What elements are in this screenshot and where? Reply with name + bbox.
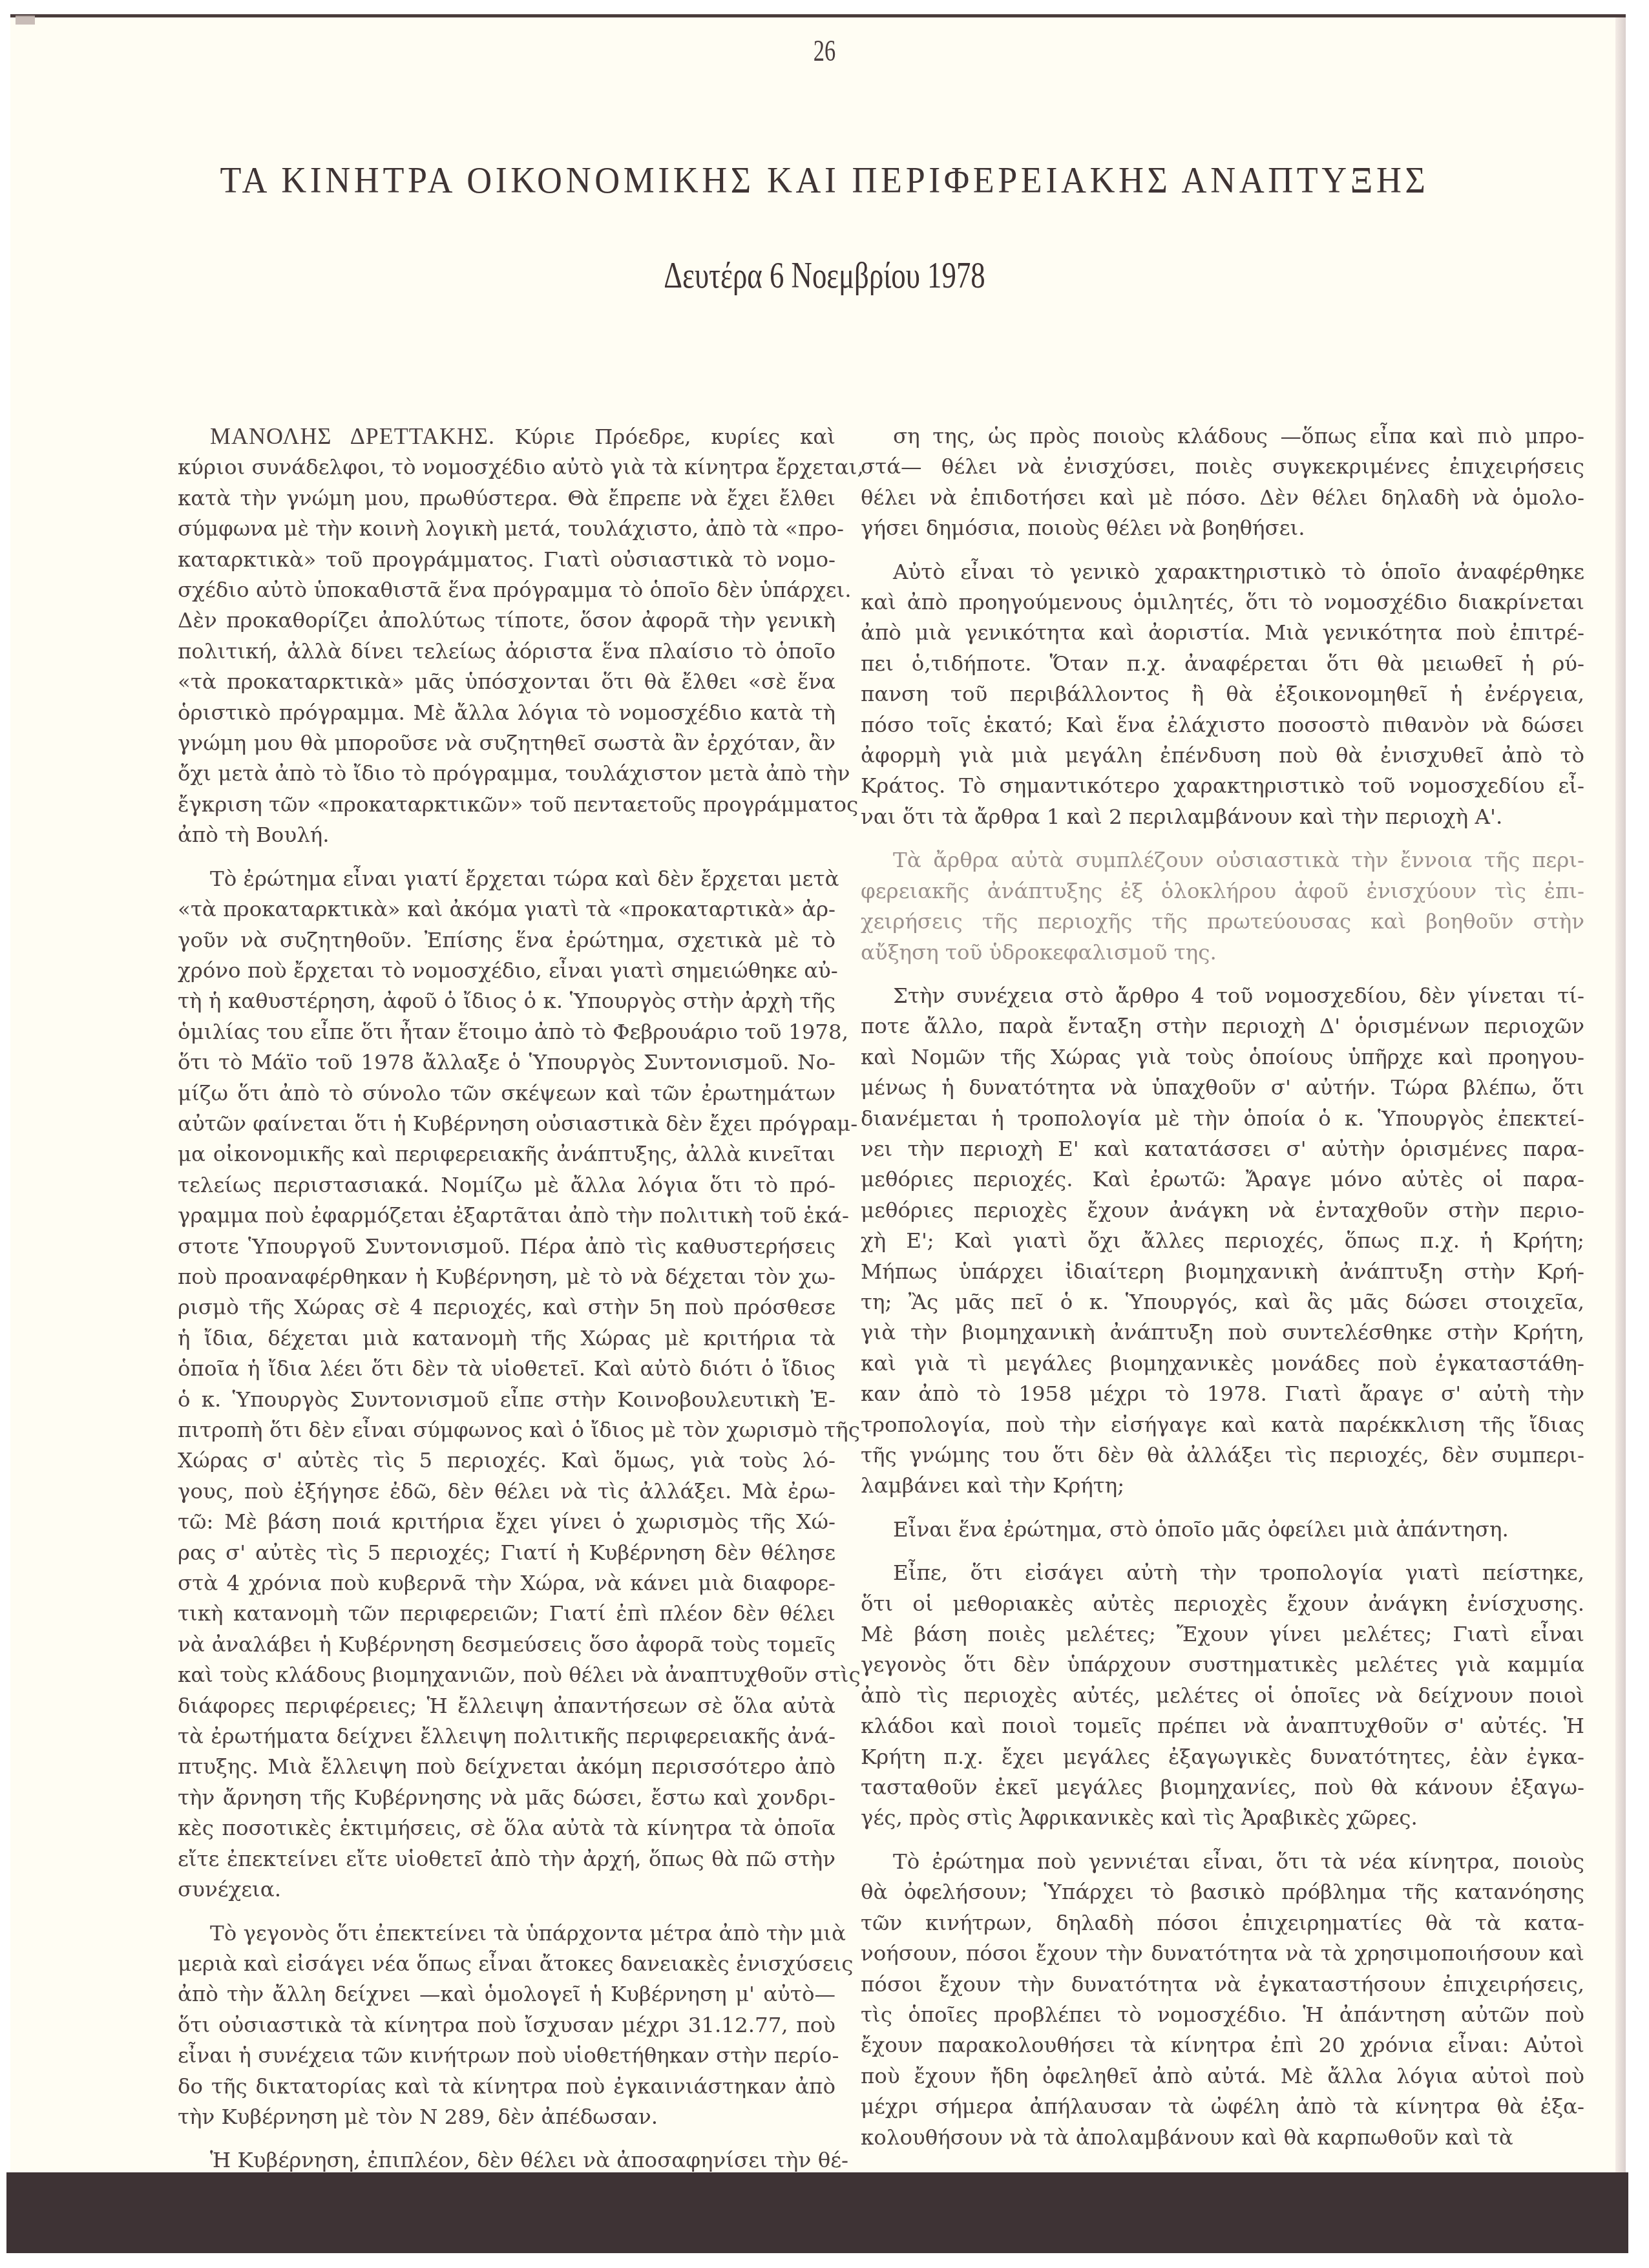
- text-line: ἀπὸ τὶς περιοχὲς αὐτές, μελέτες οἱ ὁποῖε…: [861, 1681, 1584, 1711]
- line-text: αὐτῶν φαίνεται ὅτι ἡ Κυβέρνηση οὐσιαστικ…: [178, 1111, 857, 1136]
- text-line: γεγονὸς ὅτι δὲν ὑπάρχουν συστηματικὲς με…: [861, 1650, 1584, 1680]
- text-line: ὁριστικὸ πρόγραμμα. Μὲ ἄλλα λόγια τὸ νομ…: [178, 698, 835, 728]
- line-text: τὴ ἡ καθυστέρηση, ἀφοῦ ὁ ἴδιος ὁ κ. Ὑπου…: [178, 989, 835, 1013]
- text-line: καὶ γιὰ τὶ μεγάλες βιομηχανικὲς μονάδες …: [861, 1349, 1584, 1379]
- line-text: μένως ἡ δυνατότητα νὰ ὑπαχθοῦν σ' αὐτήν.…: [861, 1075, 1584, 1100]
- paragraph-gap: [861, 1502, 1584, 1515]
- text-line: διάφορες περιφέρειες; Ἡ ἔλλειψη ἀπαντήσε…: [178, 1691, 835, 1721]
- text-line: τὴν ἄρνηση τῆς Κυβέρνησης νὰ μᾶς δώσει, …: [178, 1783, 835, 1813]
- line-text: κὲς ποσοτικὲς ἐκτιμήσεις, σὲ ὅλα αὐτὰ τὰ…: [178, 1816, 835, 1840]
- line-text: πιτροπὴ ὅτι δὲν εἶναι σύμφωνος καὶ ὁ ἴδι…: [178, 1418, 860, 1442]
- text-line: τη; Ἂς μᾶς πεῖ ὁ κ. Ὑπουργός, καὶ ἂς μᾶς…: [861, 1287, 1584, 1318]
- line-text: τροπολογία, ποὺ τὴν εἰσήγαγε καὶ κατὰ πα…: [861, 1412, 1584, 1437]
- line-text: γιὰ τὴν βιομηχανικὴ ἀνάπτυξη ποὺ συντελέ…: [861, 1320, 1584, 1345]
- line-text: ὁριστικὸ πρόγραμμα. Μὲ ἄλλα λόγια τὸ νομ…: [178, 700, 835, 725]
- text-line: συνέχεια.: [178, 1874, 835, 1905]
- line-text: τικὴ κατανομὴ τῶν περιφερειῶν; Γιατί ἐπὶ…: [178, 1601, 835, 1626]
- line-text: γεγονὸς ὅτι δὲν ὑπάρχουν συστηματικὲς με…: [861, 1652, 1584, 1677]
- line-text: διανέμεται ἡ τροπολογία μὲ τὴν ὁποία ὁ κ…: [861, 1106, 1584, 1131]
- line-text: «τὰ προκαταρκτικὰ» καὶ ἀκόμα γιατὶ τὰ «π…: [178, 897, 835, 921]
- line-text: ση της, ὡς πρὸς ποιοὺς κλάδους —ὅπως εἶπ…: [893, 424, 1584, 448]
- text-line: τὶς ὁποῖες προβλέπει τὸ νομοσχέδιο. Ἡ ἀπ…: [861, 2000, 1584, 2030]
- text-line: μέχρι σήμερα ἀπήλαυσαν τὰ ὠφέλη ἀπὸ τὰ κ…: [861, 2092, 1584, 2122]
- text-line: γοῦν νὰ συζητηθοῦν. Ἐπίσης ἕνα ἐρώτημα, …: [178, 925, 835, 956]
- line-text: τῶ: Μὲ βάση ποιά κριτήρια ἔχει γίνει ὁ χ…: [178, 1509, 835, 1534]
- text-line: ρας σ' αὐτὲς τὶς 5 περιοχές; Γιατί ἡ Κυβ…: [178, 1538, 835, 1568]
- text-line: Κρήτη π.χ. ἔχει μεγάλες ἐξαγωγικὲς δυνατ…: [861, 1742, 1584, 1772]
- paragraph: Τὸ γεγονὸς ὅτι ἐπεκτείνει τὰ ὑπάρχοντα μ…: [178, 1918, 835, 2133]
- line-text: τὴν ἄρνηση τῆς Κυβέρνησης νὰ μᾶς δώσει, …: [178, 1785, 835, 1810]
- line-text: τελείως περιστασιακά. Νομίζω μὲ ἄλλα λόγ…: [178, 1173, 835, 1197]
- text-line: δο τῆς δικτατορίας καὶ τὰ κίνητρα ποὺ ἐγ…: [178, 2072, 835, 2102]
- line-text: κατὰ τὴν γνώμη μου, πρωθύστερα. Θὰ ἔπρεπ…: [178, 486, 835, 510]
- text-line: θὰ ὀφελήσουν; Ὑπάρχει τὸ βασικὸ πρόβλημα…: [861, 1877, 1584, 1907]
- text-line: Εἶπε, ὅτι εἰσάγει αὐτὴ τὴν τροπολογία γι…: [861, 1558, 1584, 1588]
- text-line: μίζω ὅτι ἀπὸ τὸ σύνολο τῶν σκέψεων καὶ τ…: [178, 1078, 835, 1109]
- line-text: Μὲ βάση ποιὲς μελέτες; Ἔχουν γίνει μελέτ…: [861, 1622, 1584, 1646]
- text-line: Τὰ ἄρθρα αὐτὰ συμπλέζουν οὐσιαστικὰ τὴν …: [861, 845, 1584, 876]
- text-line: πολιτική, ἀλλὰ δίνει τελείως ἀόριστα ἕνα…: [178, 636, 835, 667]
- line-text: ὅτι οὐσιαστικὰ τὰ κίνητρα ποὺ ἴσχυσαν μέ…: [178, 2013, 835, 2037]
- text-line: εἶναι ἡ συνέχεια τῶν κινήτρων ποὺ υἱοθετ…: [178, 2041, 835, 2071]
- text-line: ἀπὸ τὴ Βουλή.: [178, 820, 835, 850]
- text-line: φερειακῆς ἀνάπτυξης ἐξ ὁλοκλήρου ἀφοῦ ἐν…: [861, 876, 1584, 907]
- text-line: τῆς γνώμης του ὅτι δὲν θὰ ἀλλάξει τὶς πε…: [861, 1440, 1584, 1471]
- line-text: ὁ κ. Ὑπουργὸς Συντονισμοῦ εἶπε στὴν Κοιν…: [178, 1387, 835, 1412]
- line-text: τη; Ἂς μᾶς πεῖ ὁ κ. Ὑπουργός, καὶ ἂς μᾶς…: [861, 1290, 1584, 1314]
- text-line: μένως ἡ δυνατότητα νὰ ὑπαχθοῦν σ' αὐτήν.…: [861, 1073, 1584, 1103]
- text-line: ποὺ προαναφέρθηκαν ἡ Κυβέρνηση, μὲ τὸ νὰ…: [178, 1262, 835, 1292]
- line-text: πανση τοῦ περιβάλλοντος ἢ θὰ ἐξοικονομηθ…: [861, 682, 1584, 706]
- line-text: πόσο τοῖς ἑκατό; Καὶ ἕνα ἐλάχιστο ποσοστ…: [861, 713, 1584, 737]
- text-line: ἀπὸ μιὰ γενικότητα καὶ ἀοριστία. Μιὰ γεν…: [861, 618, 1584, 648]
- text-line: τῶ: Μὲ βάση ποιά κριτήρια ἔχει γίνει ὁ χ…: [178, 1507, 835, 1537]
- text-line: στά— θέλει νὰ ἐνισχύσει, ποιὲς συγκεκριμ…: [861, 452, 1584, 482]
- line-text: καταρκτικὰ» τοῦ προγράμματος. Γιατὶ οὐσι…: [178, 547, 835, 572]
- text-line: χρόνο ποὺ ἔρχεται τὸ νομοσχέδιο, εἶναι γ…: [178, 956, 835, 986]
- text-line: ὄχι μετὰ ἀπὸ τὸ ἴδιο τὸ πρόγραμμα, τουλά…: [178, 759, 835, 789]
- text-line: καὶ ἀπὸ προηγούμενους ὁμιλητές, ὅτι τὸ ν…: [861, 587, 1584, 618]
- text-line: εἴτε ἐπεκτείνει εἴτε υἱοθετεῖ ἀπὸ τὴν ἀρ…: [178, 1844, 835, 1874]
- line-text: σύμφωνα μὲ τὴν κοινὴ λογικὴ μετά, τουλάχ…: [178, 516, 844, 541]
- line-text: ποὺ προαναφέρθηκαν ἡ Κυβέρνηση, μὲ τὸ νὰ…: [178, 1265, 835, 1289]
- text-line: πόσοι ἔχουν τὴν δυνατότητα νὰ ἐγκαταστήσ…: [861, 1969, 1584, 2000]
- line-text: κύριοι συνάδελφοι, τὸ νομοσχέδιο αὐτὸ γι…: [178, 455, 864, 479]
- paragraph-gap: [861, 968, 1584, 981]
- line-text: Εἶναι ἕνα ἐρώτημα, στὸ ὁποῖο μᾶς ὀφείλει…: [893, 1517, 1509, 1542]
- line-text: στοτε Ὑπουργοῦ Συντονισμοῦ. Πέρα ἀπὸ τὶς…: [178, 1234, 835, 1259]
- text-line: τροπολογία, ποὺ τὴν εἰσήγαγε καὶ κατὰ πα…: [861, 1410, 1584, 1440]
- paragraph-gap: [178, 1906, 835, 1918]
- line-text: σχέδιο αὐτὸ ὑποκαθιστᾶ ἕνα πρόγραμμα τὸ …: [178, 578, 852, 602]
- text-line: στὰ 4 χρόνια ποὺ κυβερνᾶ τὴν Χώρα, νὰ κά…: [178, 1568, 835, 1599]
- line-text: πτυξης. Μιὰ ἔλλειψη ποὺ δείχνεται ἀκόμη …: [178, 1754, 835, 1779]
- line-text: ποτε ἄλλο, παρὰ ἔνταξη στὴν περιοχὴ Δ' ὁ…: [861, 1014, 1584, 1038]
- text-line: καὶ Νομῶν τῆς Χώρας γιὰ τοὺς ὁποίους ὑπῆ…: [861, 1042, 1584, 1073]
- line-text: γοῦν νὰ συζητηθοῦν. Ἐπίσης ἕνα ἐρώτημα, …: [178, 928, 835, 952]
- text-line: ὅτι τὸ Μάϊο τοῦ 1978 ἄλλαξε ὁ Ὑπουργὸς Σ…: [178, 1047, 835, 1078]
- text-line: χὴ Ε'; Καὶ γιατὶ ὄχι ἄλλες περιοχές, ὅπω…: [861, 1226, 1584, 1256]
- text-line: κὲς ποσοτικὲς ἐκτιμήσεις, σὲ ὅλα αὐτὰ τὰ…: [178, 1813, 835, 1843]
- paragraph-gap: [861, 832, 1584, 845]
- line-text: πόσοι ἔχουν τὴν δυνατότητα νὰ ἐγκαταστήσ…: [861, 1972, 1584, 1997]
- text-line: Τὸ γεγονὸς ὅτι ἐπεκτείνει τὰ ὑπάρχοντα μ…: [178, 1918, 835, 1949]
- line-text: νὰ ἀναλάβει ἡ Κυβέρνηση δεσμεύσεις ὅσο ἀ…: [178, 1632, 835, 1657]
- text-line: ρισμὸ τῆς Χώρας σὲ 4 περιοχές, καὶ στὴν …: [178, 1292, 835, 1323]
- paragraph-gap: [178, 2132, 835, 2145]
- text-line: ναι ὅτι τὰ ἄρθρα 1 καὶ 2 περιλαμβάνουν κ…: [861, 802, 1584, 832]
- line-text: Χώρας σ' αὐτὲς τὶς 5 περιοχές. Καὶ ὅμως,…: [178, 1448, 835, 1473]
- line-text: χρόνο ποὺ ἔρχεται τὸ νομοσχέδιο, εἶναι γ…: [178, 958, 838, 983]
- text-line: τὴν Κυβέρνηση μὲ τὸν Ν 289, δὲν ἀπέδωσαν…: [178, 2102, 835, 2132]
- line-text: γνώμη μου θὰ μποροῦσε νὰ συζητηθεῖ σωστὰ…: [178, 731, 835, 755]
- line-text: Κύριε Πρόεδρε, κυρίες καὶ: [515, 425, 835, 449]
- paragraph-gap: [861, 1834, 1584, 1847]
- right-column: ση της, ὡς πρὸς ποιοὺς κλάδους —ὅπως εἶπ…: [861, 421, 1584, 2153]
- paragraph-gap: [178, 851, 835, 864]
- line-text: καν ἀπὸ τὸ 1958 μέχρι τὸ 1978. Γιατὶ ἄρα…: [861, 1381, 1584, 1406]
- line-text: νει τὴν περιοχὴ Ε' καὶ κατατάσσει σ' αὐτ…: [861, 1137, 1584, 1161]
- text-line: ὅτι οἱ μεθοριακὲς αὐτὲς περιοχὲς ἔχουν ἀ…: [861, 1589, 1584, 1619]
- line-text: μίζω ὅτι ἀπὸ τὸ σύνολο τῶν σκέψεων καὶ τ…: [178, 1081, 835, 1106]
- text-line: Στὴν συνέχεια στὸ ἄρθρο 4 τοῦ νομοσχεδίο…: [861, 981, 1584, 1011]
- paragraph-gap: [861, 1545, 1584, 1558]
- line-text: Δὲν προκαθορίζει ἀπολύτως τίποτε, ὅσον ἀ…: [178, 608, 835, 633]
- text-line: Μήπως ὑπάρχει ἰδιαίτερη βιομηχανικὴ ἀνάπ…: [861, 1257, 1584, 1287]
- paragraph-gap: [861, 544, 1584, 557]
- line-text: λαμβάνει καὶ τὴν Κρήτη;: [861, 1473, 1124, 1498]
- text-line: ἔχουν παρακολουθήσει τὰ κίνητρα ἐπὶ 20 χ…: [861, 2030, 1584, 2061]
- text-line: Μὲ βάση ποιὲς μελέτες; Ἔχουν γίνει μελέτ…: [861, 1619, 1584, 1650]
- line-text: γήσει δημόσια, ποιοὺς θέλει νὰ βοηθήσει.: [861, 516, 1305, 540]
- text-line: κατὰ τὴν γνώμη μου, πρωθύστερα. Θὰ ἔπρεπ…: [178, 483, 835, 514]
- text-line: γές, πρὸς στὶς Ἀφρικανικὲς καὶ τὶς Ἀραβι…: [861, 1803, 1584, 1833]
- text-line: νοήσουν, πόσοι ἔχουν τὴν δυνατότητα νὰ τ…: [861, 1938, 1584, 1969]
- text-line: γνώμη μου θὰ μποροῦσε νὰ συζητηθεῖ σωστὰ…: [178, 728, 835, 759]
- text-line: γραμμα ποὺ ἐφαρμόζεται ἐξαρτᾶται ἀπὸ τὴν…: [178, 1201, 835, 1231]
- text-line: ὅτι οὐσιαστικὰ τὰ κίνητρα ποὺ ἴσχυσαν μέ…: [178, 2010, 835, 2041]
- line-text: ἀπὸ τὴ Βουλή.: [178, 823, 330, 847]
- line-text: γραμμα ποὺ ἐφαρμόζεται ἐξαρτᾶται ἀπὸ τὴν…: [178, 1203, 849, 1228]
- session-date: Δευτέρα 6 Νοεμβρίου 1978: [165, 255, 1484, 297]
- speaker-name: ΜΑΝΟΛΗΣ ΔΡΕΤΤΑΚΗΣ.: [210, 423, 495, 449]
- line-text: κλάδοι καὶ ποιοὶ τομεῖς πρέπει νὰ ἀναπτυ…: [861, 1714, 1584, 1738]
- text-line: τελείως περιστασιακά. Νομίζω μὲ ἄλλα λόγ…: [178, 1170, 835, 1201]
- line-text: ρας σ' αὐτὲς τὶς 5 περιοχές; Γιατί ἡ Κυβ…: [178, 1540, 835, 1565]
- line-text: Κρήτη π.χ. ἔχει μεγάλες ἐξαγωγικὲς δυνατ…: [861, 1745, 1584, 1769]
- paragraph: Τὰ ἄρθρα αὐτὰ συμπλέζουν οὐσιαστικὰ τὴν …: [861, 845, 1584, 968]
- text-line: ση της, ὡς πρὸς ποιοὺς κλάδους —ὅπως εἶπ…: [861, 421, 1584, 452]
- text-line: τὰ ἐρωτήματα δείχνει ἔλλειψη πολιτικῆς π…: [178, 1721, 835, 1752]
- text-line: ἡ ἴδια, δέχεται μιὰ κατανομὴ τῆς Χώρας μ…: [178, 1323, 835, 1354]
- text-line: ὁποῖα ἡ ἴδια λέει ὅτι δὲν τὰ υἱοθετεῖ. Κ…: [178, 1354, 835, 1384]
- line-text: πει ὁ,τιδήποτε. Ὅταν π.χ. ἀναφέρεται ὅτι…: [861, 651, 1584, 676]
- line-text: τὴν Κυβέρνηση μὲ τὸν Ν 289, δὲν ἀπέδωσαν…: [178, 2105, 658, 2129]
- paragraph: Αὐτὸ εἶναι τὸ γενικὸ χαρακτηριστικὸ τὸ ὁ…: [861, 557, 1584, 833]
- text-line: λαμβάνει καὶ τὴν Κρήτη;: [861, 1471, 1584, 1501]
- line-text: ἀπὸ μιὰ γενικότητα καὶ ἀοριστία. Μιὰ γεν…: [861, 620, 1584, 645]
- line-text: ὁποῖα ἡ ἴδια λέει ὅτι δὲν τὰ υἱοθετεῖ. Κ…: [178, 1356, 835, 1381]
- text-line: πιτροπὴ ὅτι δὲν εἶναι σύμφωνος καὶ ὁ ἴδι…: [178, 1415, 835, 1445]
- text-line: γους, ποὺ ἐξήγησε ἐδῶ, δὲν θέλει νὰ τὶς …: [178, 1476, 835, 1507]
- line-text: Τὸ ἐρώτημα ποὺ γεννιέται εἶναι, ὅτι τὰ ν…: [893, 1849, 1584, 1874]
- line-text: διάφορες περιφέρειες; Ἡ ἔλλειψη ἀπαντήσε…: [178, 1694, 835, 1718]
- line-text: ποὺ ἔχουν ἤδη ὀφεληθεῖ ἀπὸ αὐτά. Μὲ ἄλλα…: [861, 2064, 1584, 2088]
- line-text: τῶν κινήτρων, δηλαδὴ πόσοι ἐπιχειρηματίε…: [861, 1911, 1584, 1935]
- line-text: τασταθοῦν ἐκεῖ μεγάλες βιομηχανίες, ποὺ …: [861, 1775, 1584, 1800]
- left-column: ΜΑΝΟΛΗΣ ΔΡΕΤΤΑΚΗΣ. Κύριε Πρόεδρε, κυρίες…: [178, 421, 835, 2176]
- paragraph: Ἡ Κυβέρνηση, ἐπιπλέον, δὲν θέλει νὰ ἀποσ…: [178, 2145, 835, 2176]
- line-text: ἔγκριση τῶν «προκαταρκτικῶν» τοῦ πενταετ…: [178, 792, 858, 817]
- line-text: Στὴν συνέχεια στὸ ἄρθρο 4 τοῦ νομοσχεδίο…: [893, 983, 1584, 1008]
- line-text: χειρήσεις τῆς περιοχῆς τῆς πρωτεύουσας κ…: [861, 909, 1584, 934]
- text-line: Τὸ ἐρώτημα εἶναι γιατί ἔρχεται τώρα καὶ …: [178, 864, 835, 894]
- text-line: πτυξης. Μιὰ ἔλλειψη ποὺ δείχνεται ἀκόμη …: [178, 1752, 835, 1782]
- paragraph: Εἶπε, ὅτι εἰσάγει αὐτὴ τὴν τροπολογία γι…: [861, 1558, 1584, 1834]
- line-text: ἡ ἴδια, δέχεται μιὰ κατανομὴ τῆς Χώρας μ…: [178, 1326, 835, 1350]
- text-line: νὰ ἀναλάβει ἡ Κυβέρνηση δεσμεύσεις ὅσο ἀ…: [178, 1630, 835, 1660]
- paragraph: Τὸ ἐρώτημα ποὺ γεννιέται εἶναι, ὅτι τὰ ν…: [861, 1847, 1584, 2153]
- line-text: Τὰ ἄρθρα αὐτὰ συμπλέζουν οὐσιαστικὰ τὴν …: [893, 848, 1584, 872]
- text-line: κλάδοι καὶ ποιοὶ τομεῖς πρέπει νὰ ἀναπτυ…: [861, 1711, 1584, 1741]
- text-line: ὁ κ. Ὑπουργὸς Συντονισμοῦ εἶπε στὴν Κοιν…: [178, 1385, 835, 1415]
- text-line: μεθόριες περιοχὲς ἔχουν ἀνάγκη νὰ ἐνταχθ…: [861, 1195, 1584, 1226]
- text-line: πανση τοῦ περιβάλλοντος ἢ θὰ ἐξοικονομηθ…: [861, 679, 1584, 709]
- line-text: Εἶπε, ὅτι εἰσάγει αὐτὴ τὴν τροπολογία γι…: [893, 1560, 1584, 1585]
- text-line: σύμφωνα μὲ τὴν κοινὴ λογικὴ μετά, τουλάχ…: [178, 514, 835, 544]
- text-line: τασταθοῦν ἐκεῖ μεγάλες βιομηχανίες, ποὺ …: [861, 1772, 1584, 1803]
- text-line: Εἶναι ἕνα ἐρώτημα, στὸ ὁποῖο μᾶς ὀφείλει…: [861, 1515, 1584, 1545]
- text-line: μεριὰ καὶ εἰσάγει νέα ὅπως εἶναι ἄτοκες …: [178, 1949, 835, 1979]
- text-line: μα οἰκονομικῆς καὶ περιφερειακῆς ἀνάπτυξ…: [178, 1139, 835, 1170]
- line-text: ναι ὅτι τὰ ἄρθρα 1 καὶ 2 περιλαμβάνουν κ…: [861, 804, 1502, 829]
- paragraph: Τὸ ἐρώτημα εἶναι γιατί ἔρχεται τώρα καὶ …: [178, 864, 835, 1906]
- text-line: ποτε ἄλλο, παρὰ ἔνταξη στὴν περιοχὴ Δ' ὁ…: [861, 1011, 1584, 1042]
- text-line: πει ὁ,τιδήποτε. Ὅταν π.χ. ἀναφέρεται ὅτι…: [861, 649, 1584, 679]
- text-line: τῶν κινήτρων, δηλαδὴ πόσοι ἐπιχειρηματίε…: [861, 1908, 1584, 1938]
- text-line: γιὰ τὴν βιομηχανικὴ ἀνάπτυξη ποὺ συντελέ…: [861, 1318, 1584, 1348]
- line-text: πολιτική, ἀλλὰ δίνει τελείως ἀόριστα ἕνα…: [178, 639, 835, 664]
- line-text: εἴτε ἐπεκτείνει εἴτε υἱοθετεῖ ἀπὸ τὴν ἀρ…: [178, 1847, 835, 1871]
- paragraph: Εἶναι ἕνα ἐρώτημα, στὸ ὁποῖο μᾶς ὀφείλει…: [861, 1515, 1584, 1545]
- line-text: θέλει νὰ ἐπιδοτήσει καὶ μὲ πόσο. Δὲν θέλ…: [861, 485, 1584, 510]
- line-text: μέχρι σήμερα ἀπήλαυσαν τὰ ὠφέλη ἀπὸ τὰ κ…: [861, 2094, 1584, 2119]
- paragraph: ΜΑΝΟΛΗΣ ΔΡΕΤΤΑΚΗΣ. Κύριε Πρόεδρε, κυρίες…: [178, 421, 835, 851]
- text-line: «τὰ προκαταρκτικὰ» μᾶς ὑπόσχονται ὅτι θὰ…: [178, 667, 835, 697]
- line-text: Αὐτὸ εἶναι τὸ γενικὸ χαρακτηριστικὸ τὸ ὁ…: [893, 560, 1584, 584]
- line-text: μεθόριες περιοχές. Καὶ ἐρωτῶ: Ἄραγε μόνο…: [861, 1167, 1584, 1192]
- text-line: αὐτῶν φαίνεται ὅτι ἡ Κυβέρνηση οὐσιαστικ…: [178, 1109, 835, 1139]
- text-line: ἀφορμὴ γιὰ μιὰ μεγάλη ἐπένδυση ποὺ θὰ ἐν…: [861, 740, 1584, 771]
- line-text: Τὸ ἐρώτημα εἶναι γιατί ἔρχεται τώρα καὶ …: [210, 866, 839, 891]
- text-line: Αὐτὸ εἶναι τὸ γενικὸ χαρακτηριστικὸ τὸ ὁ…: [861, 557, 1584, 587]
- line-text: τὰ ἐρωτήματα δείχνει ἔλλειψη πολιτικῆς π…: [178, 1724, 835, 1748]
- line-text: καὶ γιὰ τὶ μεγάλες βιομηχανικὲς μονάδες …: [861, 1351, 1584, 1376]
- paragraph: ση της, ὡς πρὸς ποιοὺς κλάδους —ὅπως εἶπ…: [861, 421, 1584, 544]
- line-text: ὁμιλίας του εἶπε ὅτι ἦταν ἕτοιμο ἀπὸ τὸ …: [178, 1020, 848, 1044]
- line-text: Μήπως ὑπάρχει ἰδιαίτερη βιομηχανικὴ ἀνάπ…: [861, 1259, 1584, 1284]
- line-text: γές, πρὸς στὶς Ἀφρικανικὲς καὶ τὶς Ἀραβι…: [861, 1805, 1418, 1830]
- corner-scan-mark: [16, 16, 35, 25]
- text-line: καὶ τοὺς κλάδους βιομηχανιῶν, ποὺ θέλει …: [178, 1660, 835, 1690]
- line-text: μεθόριες περιοχὲς ἔχουν ἀνάγκη νὰ ἐνταχθ…: [861, 1198, 1584, 1223]
- line-text: καὶ τοὺς κλάδους βιομηχανιῶν, ποὺ θέλει …: [178, 1663, 861, 1687]
- text-line: ὁμιλίας του εἶπε ὅτι ἦταν ἕτοιμο ἀπὸ τὸ …: [178, 1017, 835, 1047]
- line-text: γους, ποὺ ἐξήγησε ἐδῶ, δὲν θέλει νὰ τὶς …: [178, 1479, 835, 1504]
- line-text: κολουθήσουν νὰ τὰ ἀπολαμβάνουν καὶ θὰ κα…: [861, 2125, 1513, 2150]
- text-line: τικὴ κατανομὴ τῶν περιφερειῶν; Γιατί ἐπὶ…: [178, 1599, 835, 1629]
- line-text: ὅτι οἱ μεθοριακὲς αὐτὲς περιοχὲς ἔχουν ἀ…: [861, 1591, 1584, 1616]
- line-text: φερειακῆς ἀνάπτυξης ἐξ ὁλοκλήρου ἀφοῦ ἐν…: [861, 879, 1584, 903]
- text-line: κύριοι συνάδελφοι, τὸ νομοσχέδιο αὐτὸ γι…: [178, 452, 835, 483]
- line-text: καὶ Νομῶν τῆς Χώρας γιὰ τοὺς ὁποίους ὑπῆ…: [861, 1045, 1584, 1069]
- line-text: «τὰ προκαταρκτικὰ» μᾶς ὑπόσχονται ὅτι θὰ…: [178, 669, 835, 694]
- text-line: θέλει νὰ ἐπιδοτήσει καὶ μὲ πόσο. Δὲν θέλ…: [861, 483, 1584, 513]
- text-line: σχέδιο αὐτὸ ὑποκαθιστᾶ ἕνα πρόγραμμα τὸ …: [178, 575, 835, 605]
- text-line: Ἡ Κυβέρνηση, ἐπιπλέον, δὲν θέλει νὰ ἀποσ…: [178, 2145, 835, 2176]
- line-text: ἔχουν παρακολουθήσει τὰ κίνητρα ἐπὶ 20 χ…: [861, 2033, 1584, 2057]
- line-text: δο τῆς δικτατορίας καὶ τὰ κίνητρα ποὺ ἐγ…: [178, 2074, 835, 2099]
- text-line: Κράτος. Τὸ σημαντικότερο χαρακτηριστικὸ …: [861, 771, 1584, 801]
- line-text: εἶναι ἡ συνέχεια τῶν κινήτρων ποὺ υἱοθετ…: [178, 2043, 839, 2068]
- line-text: χὴ Ε'; Καὶ γιατὶ ὄχι ἄλλες περιοχές, ὅπω…: [861, 1228, 1584, 1253]
- scanner-bed-border: [6, 2172, 1628, 2253]
- line-text: Κράτος. Τὸ σημαντικότερο χαρακτηριστικὸ …: [861, 773, 1584, 798]
- line-text: ὄχι μετὰ ἀπὸ τὸ ἴδιο τὸ πρόγραμμα, τουλά…: [178, 761, 850, 786]
- text-line: νει τὴν περιοχὴ Ε' καὶ κατατάσσει σ' αὐτ…: [861, 1134, 1584, 1164]
- text-line: τὴ ἡ καθυστέρηση, ἀφοῦ ὁ ἴδιος ὁ κ. Ὑπου…: [178, 986, 835, 1016]
- text-line: στοτε Ὑπουργοῦ Συντονισμοῦ. Πέρα ἀπὸ τὶς…: [178, 1232, 835, 1262]
- text-line: Τὸ ἐρώτημα ποὺ γεννιέται εἶναι, ὅτι τὰ ν…: [861, 1847, 1584, 1877]
- line-text: καὶ ἀπὸ προηγούμενους ὁμιλητές, ὅτι τὸ ν…: [861, 590, 1584, 614]
- text-line: διανέμεται ἡ τροπολογία μὲ τὴν ὁποία ὁ κ…: [861, 1104, 1584, 1134]
- paragraph: Στὴν συνέχεια στὸ ἄρθρο 4 τοῦ νομοσχεδίο…: [861, 981, 1584, 1502]
- line-text: μα οἰκονομικῆς καὶ περιφερειακῆς ἀνάπτυξ…: [178, 1142, 835, 1166]
- page-edge-shadow: [1615, 17, 1626, 2176]
- text-line: ἀπὸ τὴν ἄλλη δείχνει —καὶ ὁμολογεῖ ἡ Κυβ…: [178, 1979, 835, 2010]
- text-line: καταρκτικὰ» τοῦ προγράμματος. Γιατὶ οὐσι…: [178, 545, 835, 575]
- line-text: στὰ 4 χρόνια ποὺ κυβερνᾶ τὴν Χώρα, νὰ κά…: [178, 1571, 835, 1595]
- line-text: μεριὰ καὶ εἰσάγει νέα ὅπως εἶναι ἄτοκες …: [178, 1951, 853, 1976]
- line-text: ρισμὸ τῆς Χώρας σὲ 4 περιοχές, καὶ στὴν …: [178, 1295, 835, 1319]
- line-text: θὰ ὀφελήσουν; Ὑπάρχει τὸ βασικὸ πρόβλημα…: [861, 1880, 1584, 1904]
- line-text: Ἡ Κυβέρνηση, ἐπιπλέον, δὲν θέλει νὰ ἀποσ…: [210, 2148, 848, 2172]
- line-text: ἀφορμὴ γιὰ μιὰ μεγάλη ἐπένδυση ποὺ θὰ ἐν…: [861, 743, 1584, 768]
- line-text: στά— θέλει νὰ ἐνισχύσει, ποιὲς συγκεκριμ…: [861, 454, 1584, 479]
- line-text: ὅτι τὸ Μάϊο τοῦ 1978 ἄλλαξε ὁ Ὑπουργὸς Σ…: [178, 1050, 835, 1075]
- line-text: τῆς γνώμης του ὅτι δὲν θὰ ἀλλάξει τὶς πε…: [861, 1443, 1584, 1467]
- line-text: ἀπὸ τὴν ἄλλη δείχνει —καὶ ὁμολογεῖ ἡ Κυβ…: [178, 1982, 835, 2006]
- text-line: γήσει δημόσια, ποιοὺς θέλει νὰ βοηθήσει.: [861, 513, 1584, 543]
- line-text: συνέχεια.: [178, 1877, 281, 1902]
- text-line: «τὰ προκαταρκτικὰ» καὶ ἀκόμα γιατὶ τὰ «π…: [178, 894, 835, 925]
- line-text: αὔξηση τοῦ ὑδροκεφαλισμοῦ της.: [861, 940, 1217, 965]
- text-line: ἔγκριση τῶν «προκαταρκτικῶν» τοῦ πενταετ…: [178, 790, 835, 820]
- page-number: 26: [206, 34, 1443, 68]
- text-line: Χώρας σ' αὐτὲς τὶς 5 περιοχές. Καὶ ὅμως,…: [178, 1445, 835, 1476]
- line-text: ἀπὸ τὶς περιοχὲς αὐτές, μελέτες οἱ ὁποῖε…: [861, 1683, 1584, 1708]
- text-line: Δὲν προκαθορίζει ἀπολύτως τίποτε, ὅσον ἀ…: [178, 605, 835, 636]
- page-title: ΤΑ ΚΙΝΗΤΡΑ ΟΙΚΟΝΟΜΙΚΗΣ ΚΑΙ ΠΕΡΙΦΕΡΕΙΑΚΗΣ…: [58, 158, 1591, 202]
- text-line: πόσο τοῖς ἑκατό; Καὶ ἕνα ἐλάχιστο ποσοστ…: [861, 710, 1584, 740]
- line-text: Τὸ γεγονὸς ὅτι ἐπεκτείνει τὰ ὑπάρχοντα μ…: [210, 1921, 846, 1946]
- text-line: καν ἀπὸ τὸ 1958 μέχρι τὸ 1978. Γιατὶ ἄρα…: [861, 1379, 1584, 1409]
- text-line: χειρήσεις τῆς περιοχῆς τῆς πρωτεύουσας κ…: [861, 907, 1584, 937]
- line-text: τὶς ὁποῖες προβλέπει τὸ νομοσχέδιο. Ἡ ἀπ…: [861, 2002, 1584, 2027]
- text-line: ΜΑΝΟΛΗΣ ΔΡΕΤΤΑΚΗΣ. Κύριε Πρόεδρε, κυρίες…: [178, 421, 835, 452]
- text-line: κολουθήσουν νὰ τὰ ἀπολαμβάνουν καὶ θὰ κα…: [861, 2123, 1584, 2153]
- text-line: μεθόριες περιοχές. Καὶ ἐρωτῶ: Ἄραγε μόνο…: [861, 1164, 1584, 1195]
- text-line: αὔξηση τοῦ ὑδροκεφαλισμοῦ της.: [861, 938, 1584, 968]
- line-text: νοήσουν, πόσοι ἔχουν τὴν δυνατότητα νὰ τ…: [861, 1941, 1584, 1966]
- text-line: ποὺ ἔχουν ἤδη ὀφεληθεῖ ἀπὸ αὐτά. Μὲ ἄλλα…: [861, 2061, 1584, 2092]
